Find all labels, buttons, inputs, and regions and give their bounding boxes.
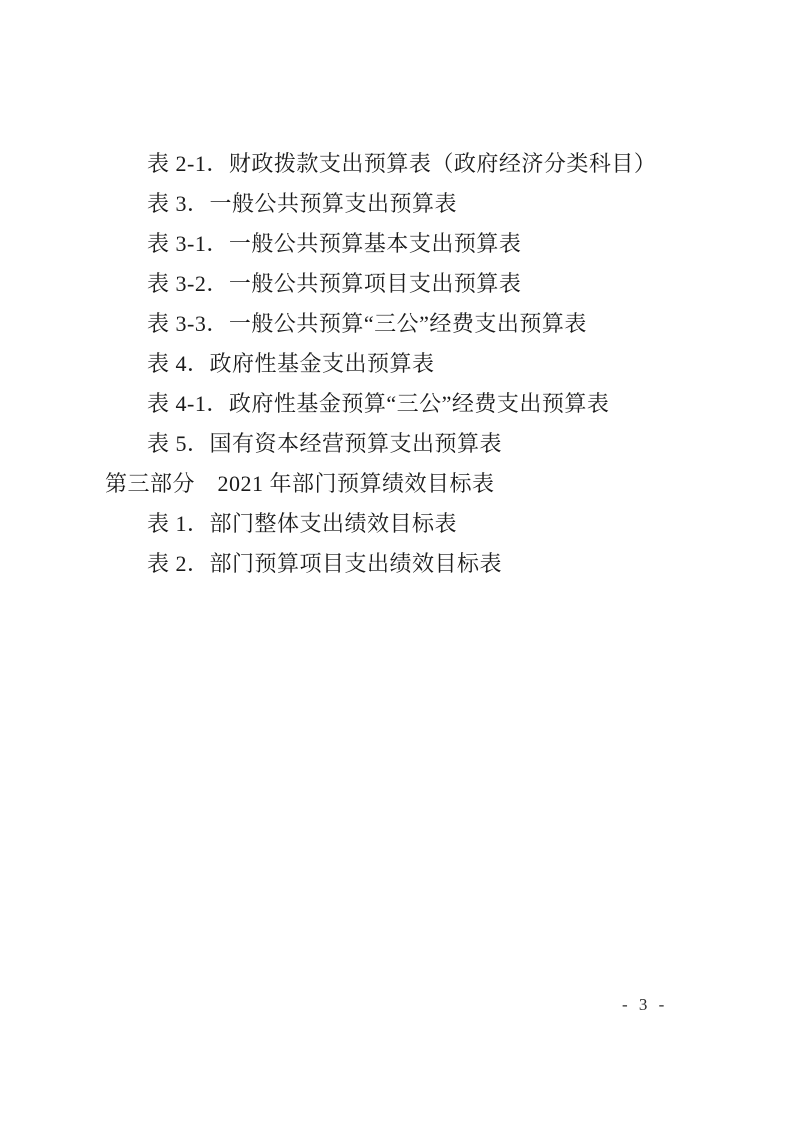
toc-entry-table-3-3: 表 3-3．一般公共预算“三公”经费支出预算表 <box>0 304 793 344</box>
toc-entry-table-3-2: 表 3-2．一般公共预算项目支出预算表 <box>0 264 793 304</box>
toc-entry-table-5: 表 5．国有资本经营预算支出预算表 <box>0 424 793 464</box>
toc-entry-table-3: 表 3．一般公共预算支出预算表 <box>0 184 793 224</box>
toc-entry-table-4-1: 表 4-1．政府性基金预算“三公”经费支出预算表 <box>0 384 793 424</box>
page-number: - 3 - <box>622 995 666 1015</box>
document-page: 表 2-1．财政拨款支出预算表（政府经济分类科目） 表 3．一般公共预算支出预算… <box>0 0 793 1122</box>
section-heading-part-three: 第三部分 2021 年部门预算绩效目标表 <box>0 464 793 504</box>
toc-entry-table-4: 表 4．政府性基金支出预算表 <box>0 344 793 384</box>
toc-entry-table-3-1: 表 3-1．一般公共预算基本支出预算表 <box>0 224 793 264</box>
toc-entry-table-2-1: 表 2-1．财政拨款支出预算表（政府经济分类科目） <box>0 144 793 184</box>
toc-entry-table-1: 表 1．部门整体支出绩效目标表 <box>0 504 793 544</box>
toc-entry-table-2: 表 2．部门预算项目支出绩效目标表 <box>0 544 793 584</box>
table-of-contents: 表 2-1．财政拨款支出预算表（政府经济分类科目） 表 3．一般公共预算支出预算… <box>0 144 793 584</box>
